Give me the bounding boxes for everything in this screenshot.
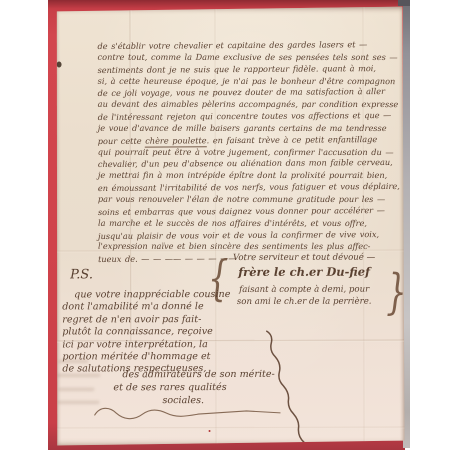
body-line: soins et embarras que vous daignez vous … — [98, 205, 404, 219]
ink-bleed-mark — [57, 400, 99, 404]
ink-squiggle — [254, 325, 344, 450]
fold-crease-horizontal-lower — [57, 427, 405, 430]
letter-paper: de s'établir votre chevalier et capitain… — [55, 7, 404, 446]
ink-bleed-mark — [58, 387, 94, 391]
body-line: de l'intéressant rejeton qui concentre t… — [98, 110, 404, 124]
ps-line: que votre inappréciable cousine — [62, 289, 252, 302]
ps-line: plutôt la connaissance, reçoive — [62, 326, 252, 339]
ps-closing-line: des admirateurs de son mérite- — [122, 369, 274, 380]
body-line: contre tout, comme la Dame exclusive de … — [98, 52, 404, 64]
signature-name: frère le ch.er Du-fief — [224, 265, 384, 279]
underlined-phrase: chère poulette — [145, 135, 206, 147]
body-line: par vous renouveler l'élan de notre comm… — [98, 194, 404, 206]
postscript-label: P.S. — [70, 267, 93, 282]
body-line: je voue d'avance de mille baisers garant… — [98, 123, 404, 135]
ps-line: regret de n'en avoir pas fait- — [62, 314, 252, 327]
body-line: la marche et le succès de nos affaires d… — [98, 217, 404, 229]
ink-blot — [57, 61, 62, 67]
letter-body: de s'établir votre chevalier et capitain… — [98, 40, 405, 266]
ink-bleed-mark — [58, 359, 88, 363]
signature-right-brace: } — [386, 263, 407, 320]
letter-photograph: de s'établir votre chevalier et capitain… — [0, 0, 450, 450]
ps-line: dont l'amabilité m'a donné le — [62, 301, 252, 314]
body-line: sentiments dont je ne suis que le rappor… — [98, 63, 404, 77]
ink-bleed-mark — [56, 373, 100, 377]
postscript-body: que votre inappréciable cousine dont l'a… — [62, 289, 252, 376]
signature-line: Votre serviteur et tout dévoué — — [224, 253, 384, 263]
ps-closing-line: et de ses rares qualités — [113, 382, 226, 393]
red-speck — [209, 430, 211, 432]
ps-line: portion méritée d'hommage et — [62, 351, 252, 364]
mat-corner — [398, 0, 410, 6]
body-line: de s'établir votre chevalier et capitain… — [97, 39, 403, 53]
underline-prefix: pour cette — [98, 135, 145, 145]
ps-line: ici par votre interprétation, la — [62, 339, 252, 352]
body-line-underlined: pour cette chère poulette. en faisant tr… — [98, 134, 404, 148]
underline-suffix: . en faisant trève à ce petit enfantilla… — [207, 134, 378, 145]
